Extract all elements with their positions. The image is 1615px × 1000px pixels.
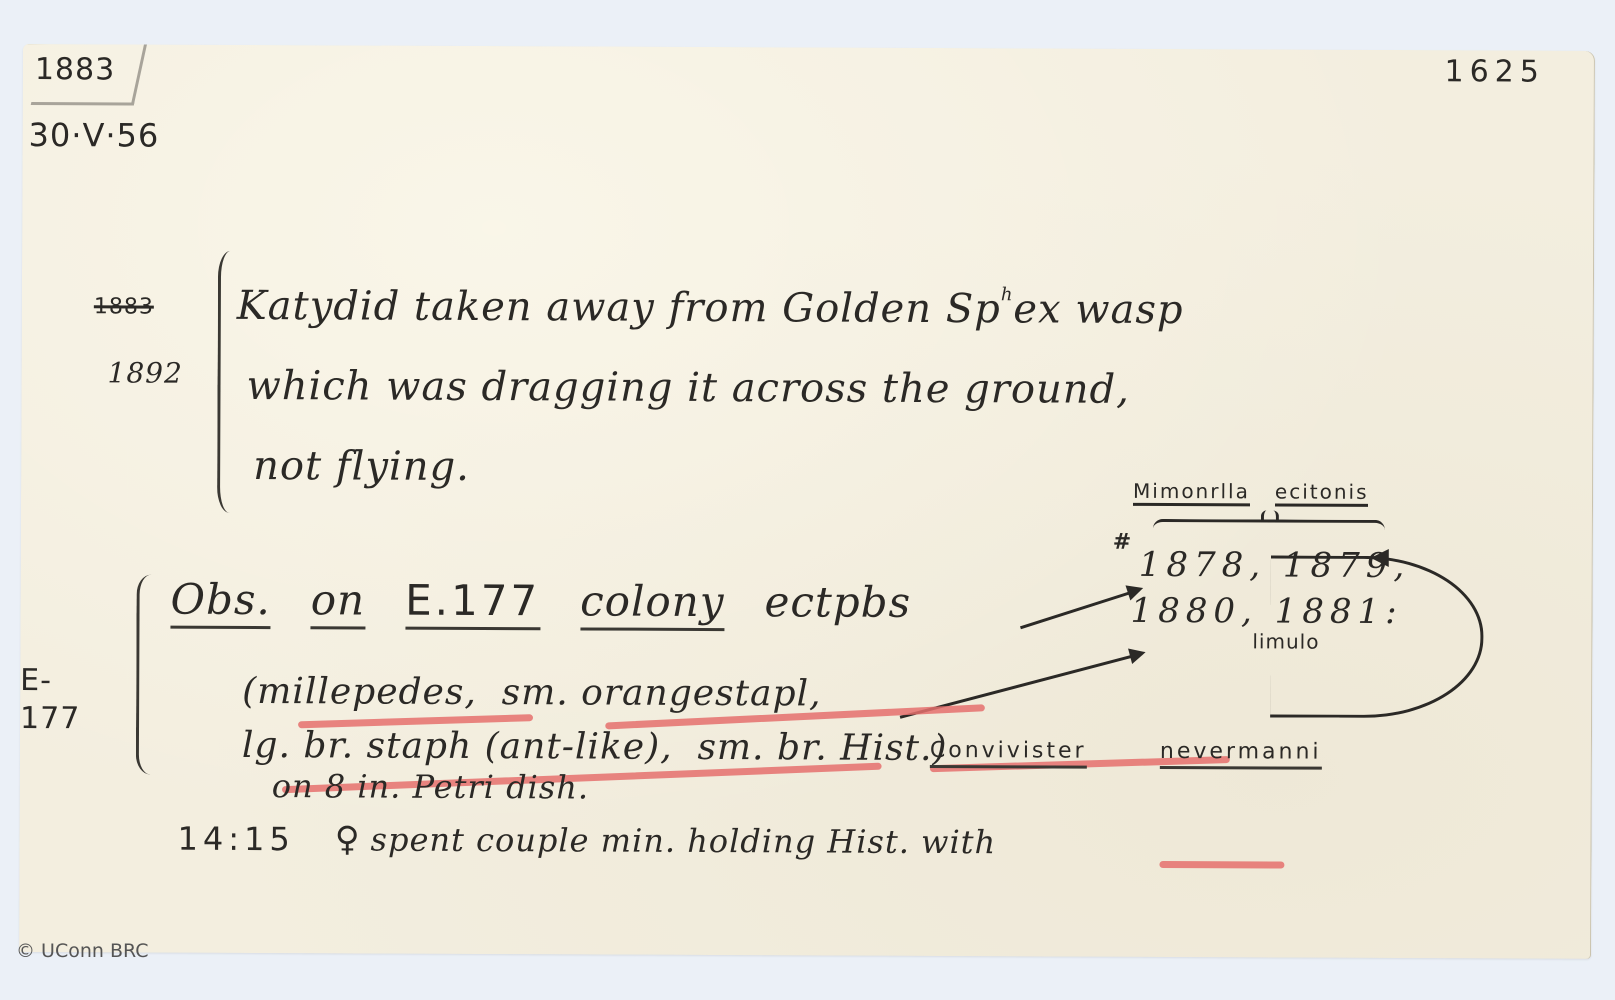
entry-1-line-2: which was dragging it across the ground, <box>246 363 1130 413</box>
entry-2-label-bottom: 177 <box>20 700 80 738</box>
line-4-text: spent couple min. holding Hist. with <box>371 821 997 862</box>
copyright-notice: © UConn BRC <box>16 940 149 962</box>
heading-on: on <box>311 575 366 629</box>
species-epithet: ecitonis <box>1275 479 1369 506</box>
female-symbol-icon: ♀ <box>335 819 361 859</box>
species-convivister: Convivister <box>930 738 1087 764</box>
species-label-top: Mimonrlla ecitonis <box>1133 479 1369 504</box>
loop-arrow-head <box>1371 549 1389 567</box>
entry-2-line-2: lg. br. staph (ant-like), sm. br. Hist.) <box>242 725 948 769</box>
line-2-a: lg. br. staph (ant-like), <box>242 725 673 768</box>
top-left-date: 30·V·56 <box>29 116 160 155</box>
loop-arrow-to-1879 <box>1270 555 1484 718</box>
superscript-h: h <box>1001 284 1014 305</box>
line-2-b: sm. br. Hist.) <box>697 727 947 769</box>
entry-2-line-1: (millepedes, sm. orangestapl, <box>242 671 822 715</box>
struck-out-year: 1883 <box>94 294 154 319</box>
heading-obs: Obs. <box>170 575 270 629</box>
entry-1-line-1: Katydid taken away from Golden Sphex was… <box>237 283 1184 333</box>
species-genus: Mimonrlla <box>1133 479 1250 507</box>
entry-1-line-3: not flying. <box>253 443 470 490</box>
entry-2-label: E- 177 <box>20 662 81 738</box>
index-card: 1883 30·V·56 1625 1883 1892 Katydid take… <box>19 44 1595 959</box>
line-1-a: (millepedes, <box>242 671 477 713</box>
entry-2-label-top: E- <box>20 662 80 700</box>
curly-brace-horizontal <box>1153 519 1385 537</box>
card-number: 1625 <box>1444 54 1545 89</box>
species-nevermanni: nevermanni <box>1160 739 1322 765</box>
entry-1-year: 1892 <box>107 356 182 389</box>
heading-colony: colony <box>580 576 725 631</box>
heading-colony-id: E.177 <box>405 576 540 631</box>
entry-1-line-1-text: Katydid taken away from Golden Sp <box>237 283 1001 332</box>
hash-mark: # <box>1113 529 1133 555</box>
species-nevermanni-text: nevermanni <box>1160 739 1322 770</box>
line-1-b: sm. orangestapl, <box>502 672 822 714</box>
entry-2-brace <box>136 575 166 775</box>
arrow-to-1878 <box>1020 588 1140 629</box>
top-left-year: 1883 <box>35 52 116 87</box>
image-viewer: 1883 30·V·56 1625 1883 1892 Katydid take… <box>0 0 1615 1000</box>
entry-2-line-3: on 8 in. Petri dish. <box>272 767 589 806</box>
entry-2-line-4: 14:15♀spent couple min. holding Hist. wi… <box>177 819 996 863</box>
entry-2-heading: Obs.onE.177colonyectpbs <box>170 575 911 627</box>
time-stamp: 14:15 <box>177 820 294 859</box>
species-convivister-text: Convivister <box>930 738 1087 769</box>
heading-rest: ectpbs <box>764 577 911 627</box>
red-underline-hist-2 <box>1159 861 1284 869</box>
entry-1-line-1-end: ex wasp <box>1013 286 1183 333</box>
